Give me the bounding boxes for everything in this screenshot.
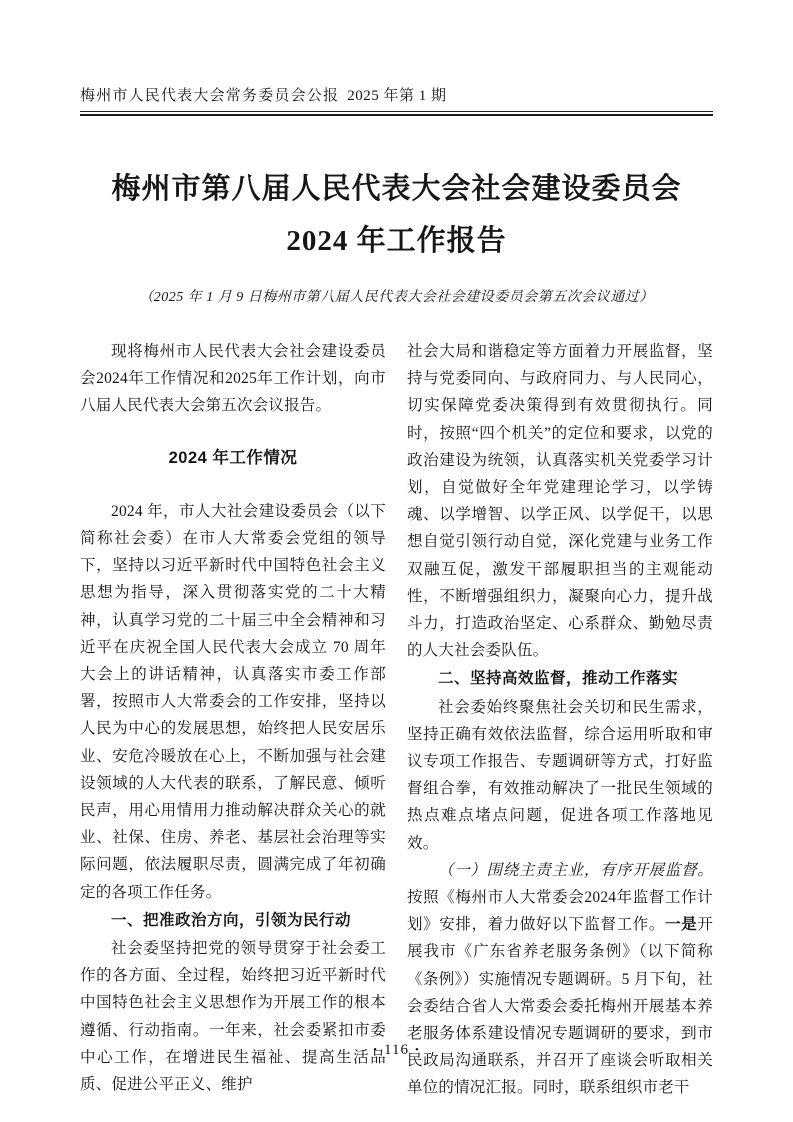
footer-dot-right: • <box>409 1044 426 1056</box>
column-left: 现将梅州市人民代表大会社会建设委员会2024年工作情况和2025年工作计划，向市… <box>80 338 386 1098</box>
paragraph-political-direction-continued: 社会大局和谐稳定等方面着力开展监督，坚持与党委同向、与政府同力、与人民同心，切实… <box>407 338 713 664</box>
header-rule <box>80 111 713 116</box>
running-head: 梅州市人民代表大会常务委员会公报2025 年第 1 期 <box>80 84 713 105</box>
paragraph-supervision-detail: （一）围绕主责主业，有序开展监督。按照《梅州市人大常委会2024年监督工作计划》… <box>407 857 713 1102</box>
page-footer: •116• <box>0 1042 793 1059</box>
journal-title: 梅州市人民代表大会常务委员会公报 <box>80 88 339 104</box>
paragraph-supervision-overview: 社会委始终聚焦社会关切和民生需求，坚持正确有效依法监督，综合运用听取和审议专项工… <box>407 694 713 857</box>
header-rule-thick <box>80 114 713 116</box>
document-page: 梅州市人民代表大会常务委员会公报2025 年第 1 期 梅州市第八届人民代表大会… <box>0 0 793 1122</box>
document-title: 梅州市第八届人民代表大会社会建设委员会 2024 年工作报告 <box>0 163 793 267</box>
paragraph-political-direction: 社会委坚持把党的领导贯穿于社会委工作的各方面、全过程，始终把习近平新时代中国特色… <box>80 935 386 1098</box>
footer-dot-left: • <box>367 1044 384 1056</box>
page-number: 116 <box>384 1042 409 1058</box>
paragraph-overview: 2024 年，市人大社会建设委员会（以下简称社会委）在市人大常委会党组的领导下，… <box>80 498 386 906</box>
document-subtitle: （2025 年 1 月 9 日梅州市第八届人民代表大会社会建设委员会第五次会议通… <box>0 286 793 306</box>
paragraph-intro: 现将梅州市人民代表大会社会建设委员会2024年工作情况和2025年工作计划，向市… <box>80 338 386 420</box>
subitem-detail: 开展我市《广东省养老服务条例》（以下简称《条例》）实施情况专题调研。5 月下旬，… <box>407 916 713 1096</box>
issue-label: 2025 年第 1 期 <box>347 88 446 104</box>
section-heading-2024-work: 2024 年工作情况 <box>80 445 386 472</box>
document-title-line2: 2024 年工作报告 <box>0 215 793 267</box>
subitem-lead: （一）围绕主责主业，有序开展监督。 <box>438 862 713 879</box>
subitem-marker-first: 一是 <box>665 916 697 933</box>
document-title-line1: 梅州市第八届人民代表大会社会建设委员会 <box>0 163 793 215</box>
column-right: 社会大局和谐稳定等方面着力开展监督，坚持与党委同向、与政府同力、与人民同心，切实… <box>407 338 713 1102</box>
header-rule-thin <box>80 111 713 112</box>
section-heading-2: 二、坚持高效监督，推动工作落实 <box>407 665 713 692</box>
section-heading-1: 一、把准政治方向，引领为民行动 <box>80 907 386 934</box>
